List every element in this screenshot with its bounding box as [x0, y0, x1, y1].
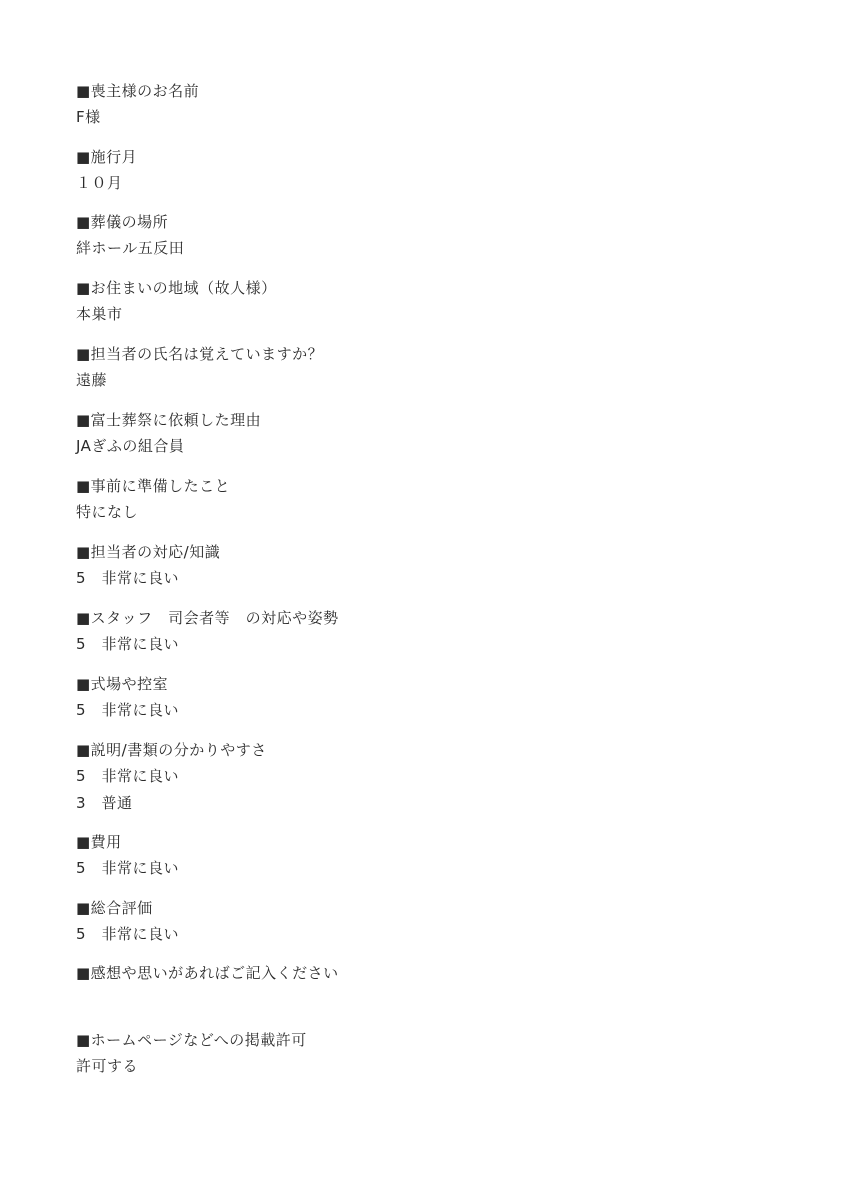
survey-item-chief-mourner-name: ■喪主様のお名前 F様	[76, 80, 776, 128]
question-label: ■富士葬祭に依頼した理由	[76, 409, 776, 431]
question-label: ■担当者の対応/知識	[76, 541, 776, 563]
survey-item-staff-attitude: ■スタッフ 司会者等 の対応や姿勢 5 非常に良い	[76, 607, 776, 655]
survey-item-reason-for-request: ■富士葬祭に依頼した理由 JAぎふの組合員	[76, 409, 776, 457]
survey-item-staff-response-knowledge: ■担当者の対応/知識 5 非常に良い	[76, 541, 776, 589]
question-label: ■式場や控室	[76, 673, 776, 695]
answer-text: 特になし	[76, 501, 776, 523]
question-label: ■担当者の氏名は覚えていますか？	[76, 343, 776, 365]
answer-text: 5 非常に良い	[76, 567, 776, 589]
question-label: ■総合評価	[76, 897, 776, 919]
answer-text: 3 普通	[76, 792, 776, 814]
question-label: ■ホームページなどへの掲載許可	[76, 1029, 776, 1051]
survey-item-staff-name: ■担当者の氏名は覚えていますか？ 遠藤	[76, 343, 776, 391]
answer-text: 5 非常に良い	[76, 857, 776, 879]
survey-item-funeral-venue: ■葬儀の場所 絆ホール五反田	[76, 211, 776, 259]
survey-item-advance-preparation: ■事前に準備したこと 特になし	[76, 475, 776, 523]
answer-text: 5 非常に良い	[76, 765, 776, 787]
survey-item-comments: ■感想や思いがあればご記入ください	[76, 962, 776, 1010]
survey-item-hall-waiting-room: ■式場や控室 5 非常に良い	[76, 673, 776, 721]
answer-text: 絆ホール五反田	[76, 237, 776, 259]
answer-text: JAぎふの組合員	[76, 435, 776, 457]
question-label: ■お住まいの地域（故人様）	[76, 277, 776, 299]
question-label: ■事前に準備したこと	[76, 475, 776, 497]
survey-item-explanation-clarity: ■説明/書類の分かりやすさ 5 非常に良い 3 普通	[76, 739, 776, 814]
survey-item-residence-area: ■お住まいの地域（故人様） 本巣市	[76, 277, 776, 325]
answer-text: 許可する	[76, 1055, 776, 1077]
question-label: ■葬儀の場所	[76, 211, 776, 233]
answer-text: F様	[76, 106, 776, 128]
question-label: ■感想や思いがあればご記入ください	[76, 962, 776, 984]
answer-text: 5 非常に良い	[76, 923, 776, 945]
answer-text: 5 非常に良い	[76, 699, 776, 721]
survey-item-service-month: ■施行月 １０月	[76, 146, 776, 194]
question-label: ■費用	[76, 831, 776, 853]
survey-item-cost: ■費用 5 非常に良い	[76, 831, 776, 879]
question-label: ■スタッフ 司会者等 の対応や姿勢	[76, 607, 776, 629]
answer-text: 遠藤	[76, 369, 776, 391]
answer-text: 本巣市	[76, 303, 776, 325]
survey-item-publication-permission: ■ホームページなどへの掲載許可 許可する	[76, 1029, 776, 1077]
question-label: ■説明/書類の分かりやすさ	[76, 739, 776, 761]
answer-text	[76, 988, 776, 1010]
question-label: ■喪主様のお名前	[76, 80, 776, 102]
answer-text: 5 非常に良い	[76, 633, 776, 655]
answer-text: １０月	[76, 172, 776, 194]
question-label: ■施行月	[76, 146, 776, 168]
survey-item-overall-rating: ■総合評価 5 非常に良い	[76, 897, 776, 945]
